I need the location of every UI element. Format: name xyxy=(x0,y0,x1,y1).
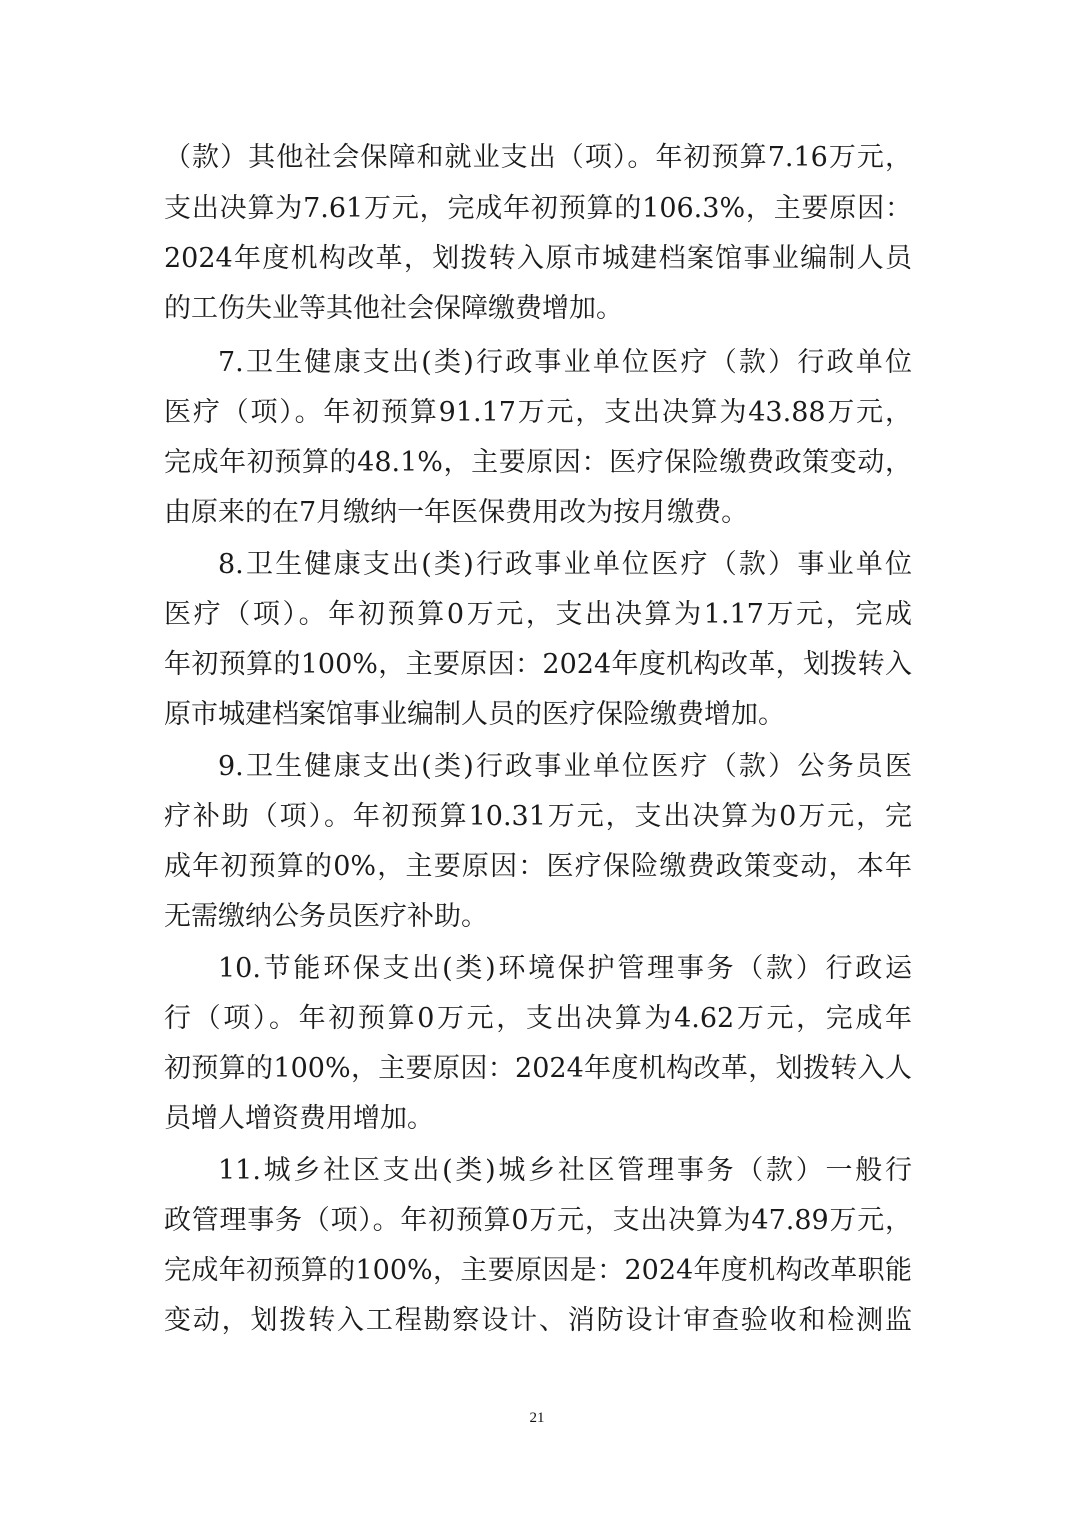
text-line: 变动，划拨转入工程勘察设计、消防设计审查验收和检测监 xyxy=(164,1304,912,1338)
text-line: 成年初预算的0%，主要原因：医疗保险缴费政策变动，本年 xyxy=(164,850,912,884)
text-line: 原市城建档案馆事业编制人员的医疗保险缴费增加。 xyxy=(164,698,912,732)
text-line: 政管理事务（项）。年初预算0万元，支出决算为47.89万元， xyxy=(164,1204,912,1238)
text-line: 员增人增资费用增加。 xyxy=(164,1102,912,1136)
document-page: （款）其他社会保障和就业支出（项）。年初预算7.16万元， 支出决算为7.61万… xyxy=(0,0,1074,1520)
text-line: 支出决算为7.61万元，完成年初预算的106.3%，主要原因： xyxy=(164,192,912,226)
text-line: 行（项）。年初预算0万元，支出决算为4.62万元，完成年 xyxy=(164,1002,912,1036)
text-line: 8.卫生健康支出(类)行政事业单位医疗（款）事业单位 xyxy=(218,548,912,582)
text-line: （款）其他社会保障和就业支出（项）。年初预算7.16万元， xyxy=(164,141,912,175)
text-line: 完成年初预算的48.1%，主要原因：医疗保险缴费政策变动， xyxy=(164,446,912,480)
text-line: 9.卫生健康支出(类)行政事业单位医疗（款）公务员医 xyxy=(218,750,912,784)
text-line: 完成年初预算的100%，主要原因是：2024年度机构改革职能 xyxy=(164,1254,912,1288)
text-line: 的工伤失业等其他社会保障缴费增加。 xyxy=(164,292,912,326)
text-line: 由原来的在7月缴纳一年医保费用改为按月缴费。 xyxy=(164,496,912,530)
text-line: 医疗（项）。年初预算91.17万元，支出决算为43.88万元， xyxy=(164,396,912,430)
text-line: 年初预算的100%，主要原因：2024年度机构改革，划拨转入 xyxy=(164,648,912,682)
text-line: 无需缴纳公务员医疗补助。 xyxy=(164,900,912,934)
text-line: 初预算的100%，主要原因：2024年度机构改革，划拨转入人 xyxy=(164,1052,912,1086)
text-line: 医疗（项）。年初预算0万元，支出决算为1.17万元，完成 xyxy=(164,598,912,632)
text-line: 疗补助（项）。年初预算10.31万元，支出决算为0万元，完 xyxy=(164,800,912,834)
text-line: 7.卫生健康支出(类)行政事业单位医疗（款）行政单位 xyxy=(218,346,912,380)
text-line: 10.节能环保支出(类)环境保护管理事务（款）行政运 xyxy=(218,952,912,986)
page-number: 21 xyxy=(0,1410,1074,1427)
text-line: 2024年度机构改革，划拨转入原市城建档案馆事业编制人员 xyxy=(164,242,912,276)
text-line: 11.城乡社区支出(类)城乡社区管理事务（款）一般行 xyxy=(218,1154,912,1188)
